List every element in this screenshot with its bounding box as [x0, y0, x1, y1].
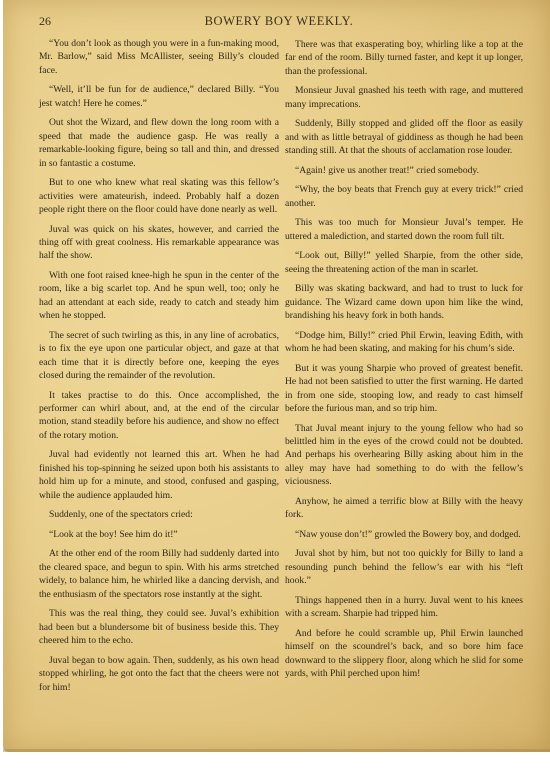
- paragraph: But it was young Sharpie who proved of g…: [285, 362, 523, 416]
- paragraph: Things happened then in a hurry. Juval w…: [285, 594, 523, 621]
- paragraph: “Naw youse don’t!” growled the Bowery bo…: [285, 528, 523, 541]
- paragraph: At the other end of the room Billy had s…: [39, 547, 279, 601]
- paragraph: “Why, the boy beats that French guy at e…: [285, 183, 523, 210]
- paragraph: Juval began to bow again. Then, suddenly…: [39, 654, 279, 694]
- paragraph: “Look out, Billy!” yelled Sharpie, from …: [285, 249, 523, 276]
- paragraph: It takes practise to do this. Once accom…: [39, 389, 279, 443]
- paragraph: Billy was skating backward, and had to t…: [285, 282, 523, 322]
- paragraph: But to one who knew what real skating wa…: [39, 176, 279, 216]
- paragraph: With one foot raised knee-high he spun i…: [39, 269, 279, 323]
- left-column: “You don’t look as though you were in a …: [39, 37, 279, 700]
- paragraph: This was the real thing, they could see.…: [39, 607, 279, 647]
- paragraph: “Dodge him, Billy!” cried Phil Erwin, le…: [285, 329, 523, 356]
- paragraph: Suddenly, one of the spectators cried:: [39, 508, 279, 521]
- paragraph: Juval was quick on his skates, however, …: [39, 223, 279, 263]
- paragraph: “Look at the boy! See him do it!”: [39, 528, 279, 541]
- paragraph: “Well, it’ll be fun for de audience,” de…: [39, 83, 279, 110]
- paragraph: And before he could scramble up, Phil Er…: [285, 627, 523, 681]
- magazine-page: 26 BOWERY BOY WEEKLY. “You don’t look as…: [3, 0, 550, 752]
- paragraph: “Again! give us another treat!” cried so…: [285, 164, 523, 177]
- paragraph: Anyhow, he aimed a terrific blow at Bill…: [285, 495, 523, 522]
- paragraph: “You don’t look as though you were in a …: [39, 37, 279, 77]
- page-header: 26 BOWERY BOY WEEKLY.: [39, 14, 519, 30]
- paragraph: There was that exasperating boy, whirlin…: [285, 38, 523, 78]
- paragraph: That Juval meant injury to the young fel…: [285, 422, 523, 489]
- publication-title: BOWERY BOY WEEKLY.: [39, 14, 519, 29]
- right-column: There was that exasperating boy, whirlin…: [285, 38, 523, 687]
- paragraph: Out shot the Wizard, and flew down the l…: [39, 116, 279, 170]
- paragraph: Juval shot by him, but not too quickly f…: [285, 547, 523, 587]
- paragraph: Monsieur Juval gnashed his teeth with ra…: [285, 84, 523, 111]
- paragraph: The secret of such twirling as this, in …: [39, 329, 279, 383]
- paragraph: Suddenly, Billy stopped and glided off t…: [285, 117, 523, 157]
- paragraph: Juval had evidently not learned this art…: [39, 448, 279, 502]
- paragraph: This was too much for Monsieur Juval’s t…: [285, 216, 523, 243]
